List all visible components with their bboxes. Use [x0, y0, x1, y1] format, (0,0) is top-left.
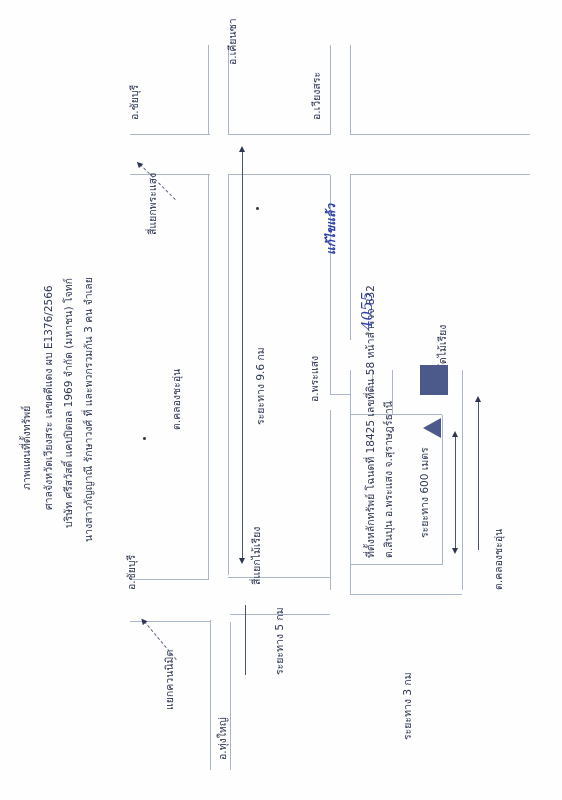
arrow-head-icon: [139, 617, 147, 625]
label-chaiburi-left: อ.ชัยบุรี: [127, 555, 138, 590]
label-khuan-nimit-junction: แยกควนนิมิต: [165, 650, 176, 710]
property-location-line: ต.สินปุน อ.พระแสง จ.สุราษฎร์ธานี: [384, 401, 395, 558]
main-road-edge-b: [228, 175, 229, 575]
label-wiangsa: อ.เวียงสระ: [312, 72, 323, 120]
phrasaeng-road-edge-e: [330, 45, 331, 135]
label-thungyai: อ.ทุ่งใหญ่: [218, 717, 229, 760]
arrow-right-icon: [452, 431, 458, 437]
map-title: ภาพแผนที่ตั้งทรัพย์: [22, 406, 33, 490]
phrasaeng-road-edge-b: [350, 370, 351, 595]
wat-road-b: [330, 394, 350, 395]
main-road-edge-e: [210, 620, 211, 770]
cross-road-top-b: [130, 134, 210, 135]
map-page: ภาพแผนที่ตั้งทรัพย์ ศาลจังหวัดเวียงสระ เ…: [0, 0, 562, 800]
phrasaeng-road-edge-f: [350, 45, 351, 135]
distance-9-6km: ระยะทาง 9.6 กม: [256, 347, 267, 425]
label-wat: วัดไม้เรียง: [438, 325, 449, 370]
arrow-right-icon: [475, 396, 481, 402]
label-mairieng-junction: สี่แยกไม้เรียง: [252, 527, 263, 585]
lower-cross-f: [350, 564, 442, 565]
scan-speck: [143, 437, 146, 440]
distance-9-6km-arrow: [242, 150, 243, 560]
khuan-nimit-pointer: [144, 621, 177, 660]
label-chaiburi-top: อ.ชัยบุรี: [130, 85, 141, 120]
lower-cross-e: [350, 594, 462, 595]
arrow-head-icon: [135, 160, 143, 168]
main-road-edge-a: [208, 175, 209, 580]
side-road-edge-b: [462, 370, 463, 590]
arrow-left-icon: [239, 558, 245, 564]
distance-5km-arrow: [245, 605, 246, 675]
label-khianchua: อ.เคียนซา: [228, 18, 239, 65]
main-road-edge-f: [230, 622, 231, 770]
cross-road-mid-b: [228, 134, 330, 135]
cross-road-right-b: [350, 134, 530, 135]
distance-600m-arrow: [455, 435, 456, 550]
label-phrasaeng: อ.พระแสง: [310, 356, 321, 402]
lower-cross-b: [130, 579, 208, 580]
distance-3km: ระยะทาง 3 กม: [403, 672, 414, 740]
main-road-edge-c: [208, 45, 209, 135]
phrasaeng-road-edge-a: [330, 410, 331, 590]
side-road-edge-a: [442, 415, 443, 565]
wat-road-a: [350, 414, 442, 415]
arrow-left-icon: [452, 548, 458, 554]
handwritten-note: แก้ไขแล้ว: [322, 204, 341, 255]
distance-5km: ระยะทาง 5 กม: [275, 607, 286, 675]
arrow-right-icon: [239, 146, 245, 152]
cross-road-right-a: [350, 174, 530, 175]
cross-road-mid-a: [228, 174, 330, 175]
cross-road-top-a: [130, 174, 210, 175]
scan-speck: [256, 207, 259, 210]
property-location-marker: [423, 418, 441, 438]
defendant-line: นางสาวกัญญาณี รักษาวงศ์ ที่ และพวกรวมกัน…: [84, 277, 95, 542]
label-khlong-chanuan-left: ต.คลองชะอุ่น: [172, 369, 183, 430]
wat-building-marker: [420, 365, 448, 395]
plaintiff-line: บริษัท ศรีสวัสดิ์ แคปปิตอล 1969 จำกัด (ม…: [64, 278, 75, 528]
khlong-chanuan-arrow: [478, 400, 479, 550]
map-canvas: ภาพแผนที่ตั้งทรัพย์ ศาลจังหวัดเวียงสระ เ…: [0, 0, 562, 800]
distance-600m: ระยะทาง 600 เมตร: [420, 447, 431, 538]
label-khlong-chanuan-right: ต.คลองชะอุ่น: [494, 529, 505, 590]
handwritten-number: 4055: [358, 292, 376, 330]
phrasaeng-road-edge-d: [350, 175, 351, 340]
lower-cross-d: [228, 577, 330, 578]
court-case-line: ศาลจังหวัดเวียงสระ เลขคดีแดง ผบ E1376/25…: [44, 285, 55, 510]
